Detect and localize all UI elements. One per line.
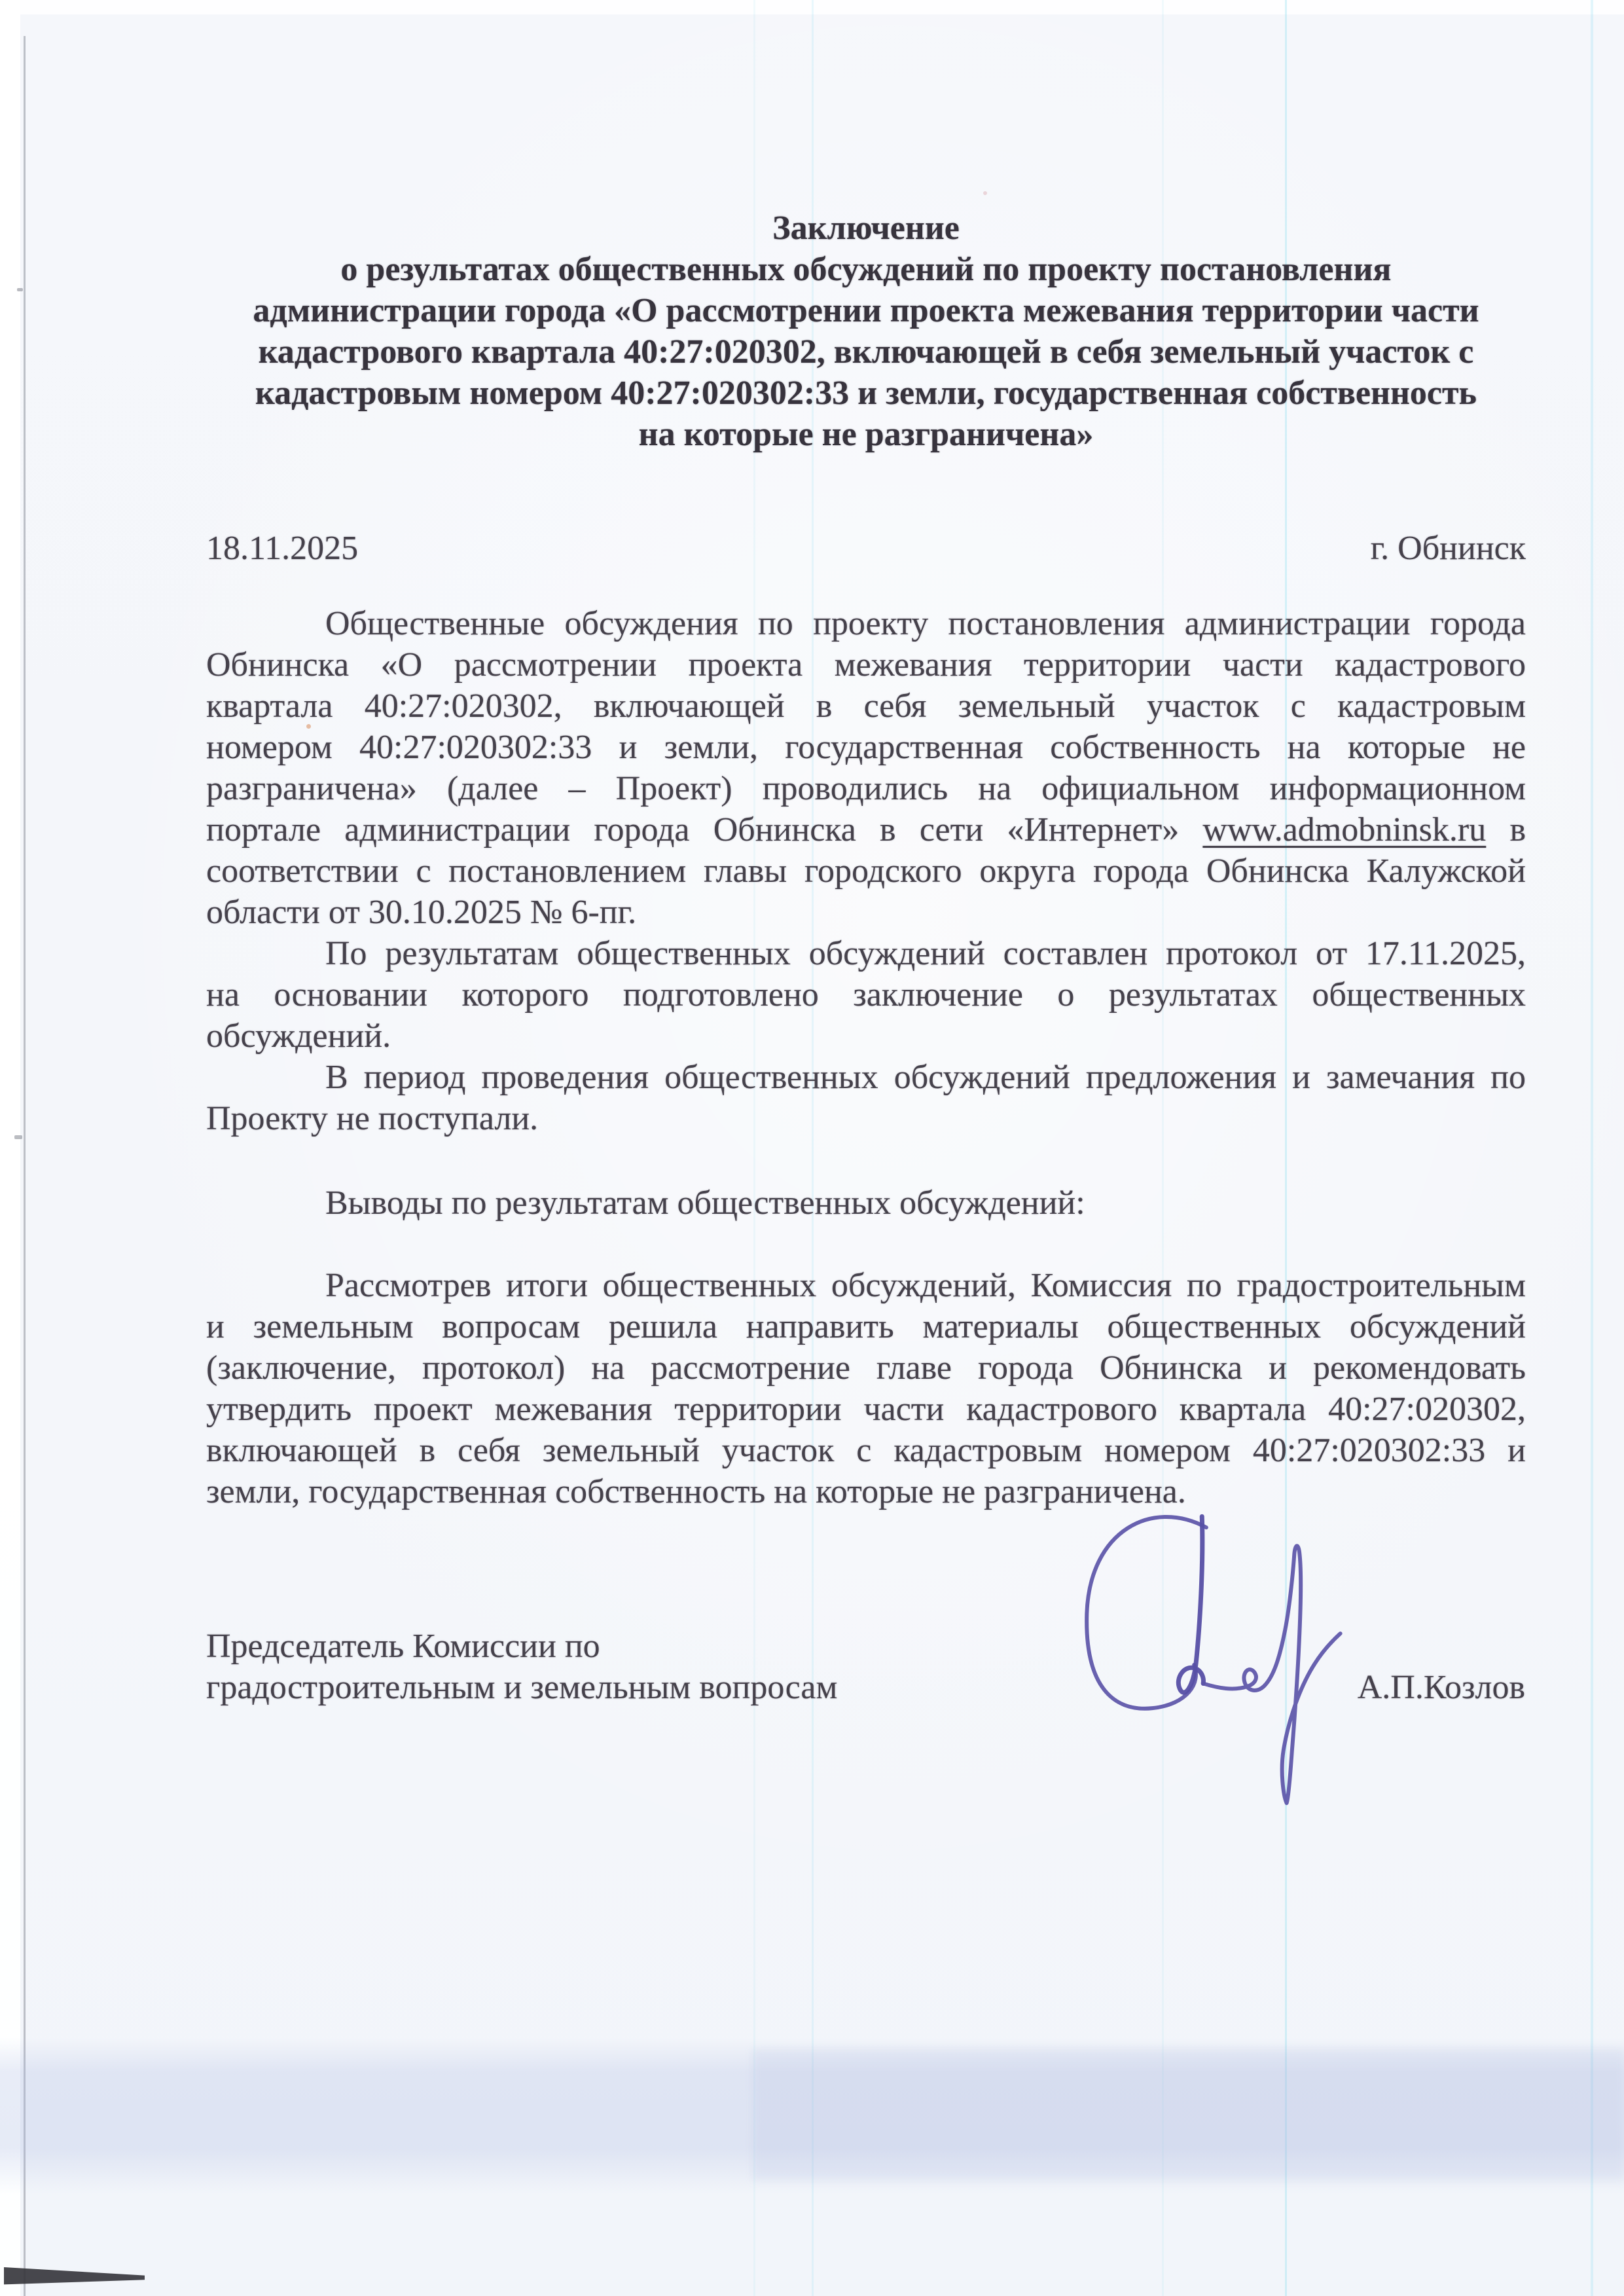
- title-line: Заключение: [206, 208, 1526, 249]
- body-line: квартала 40:27:020302, включающей в себя…: [206, 685, 1526, 727]
- body-line: В период проведения общественных обсужде…: [206, 1057, 1526, 1098]
- url-pre-text: портале администрации города Обнинска в …: [206, 811, 1202, 848]
- handwritten-signature: [1055, 1486, 1367, 1837]
- ink-bleed-band: [753, 2049, 1624, 2180]
- paper-speck: [14, 1135, 22, 1139]
- signer-role-line: Председатель Комиссии по: [206, 1626, 926, 1667]
- paper-speck: [17, 288, 23, 291]
- paragraph-1: Общественные обсуждения по проекту поста…: [206, 603, 1526, 933]
- title-line: на которые не разграничена»: [206, 414, 1526, 455]
- body-line-with-url: портале администрации города Обнинска в …: [206, 809, 1526, 850]
- body-line: По результатам общественных обсуждений с…: [206, 933, 1526, 974]
- body-line: области от 30.10.2025 № 6-пг.: [206, 892, 1526, 933]
- portal-url: www.admobninsk.ru: [1202, 811, 1486, 848]
- title-line: о результатах общественных обсуждений по…: [206, 249, 1526, 290]
- body-line: Проекту не поступали.: [206, 1098, 1526, 1139]
- date-place-row: 18.11.2025 г. Обнинск: [206, 528, 1526, 569]
- conclusions-heading: Выводы по результатам общественных обсуж…: [206, 1182, 1526, 1224]
- scanned-document-page: Заключение о результатах общественных об…: [0, 0, 1624, 2296]
- signer-role-line: градостроительным и земельным вопросам: [206, 1667, 926, 1708]
- body-line: обсуждений.: [206, 1015, 1526, 1057]
- body-line: включающей в себя земельный участок с ка…: [206, 1430, 1526, 1471]
- paper-speck: [983, 191, 987, 195]
- url-post-text: в: [1486, 811, 1526, 848]
- paragraph-2: По результатам общественных обсуждений с…: [206, 933, 1526, 1057]
- body-line: Обнинска «О рассмотрении проекта межеван…: [206, 644, 1526, 685]
- signer-name: А.П.Козлов: [1132, 1667, 1525, 1708]
- body-line: разграничена» (далее – Проект) проводили…: [206, 768, 1526, 809]
- body-line: на основании которого подготовлено заклю…: [206, 974, 1526, 1015]
- document-date: 18.11.2025: [206, 528, 358, 569]
- scanner-streak: [1591, 0, 1593, 2296]
- document-title: Заключение о результатах общественных об…: [206, 208, 1526, 455]
- title-line: кадастровым номером 40:27:020302:33 и зе…: [206, 373, 1526, 414]
- paragraph-4: Рассмотрев итоги общественных обсуждений…: [206, 1265, 1526, 1512]
- title-line: администрации города «О рассмотрении про…: [206, 290, 1526, 331]
- body-line: утвердить проект межевания территории ча…: [206, 1389, 1526, 1430]
- scan-edge-left: [0, 0, 20, 2296]
- paragraph-3: В период проведения общественных обсужде…: [206, 1057, 1526, 1139]
- body-line: и земельным вопросам решила направить ма…: [206, 1306, 1526, 1347]
- title-line: кадастрового квартала 40:27:020302, вклю…: [206, 331, 1526, 373]
- body-line: соответствии с постановлением главы горо…: [206, 850, 1526, 892]
- heading-line: Выводы по результатам общественных обсуж…: [206, 1182, 1526, 1224]
- document-city: г. Обнинск: [1371, 528, 1526, 569]
- body-line: номером 40:27:020302:33 и земли, государ…: [206, 727, 1526, 768]
- body-line: Общественные обсуждения по проекту поста…: [206, 603, 1526, 644]
- body-line: Рассмотрев итоги общественных обсуждений…: [206, 1265, 1526, 1306]
- signer-role: Председатель Комиссии по градостроительн…: [206, 1626, 926, 1708]
- scan-fold-line: [24, 36, 26, 2296]
- body-line: (заключение, протокол) на рассмотрение г…: [206, 1347, 1526, 1389]
